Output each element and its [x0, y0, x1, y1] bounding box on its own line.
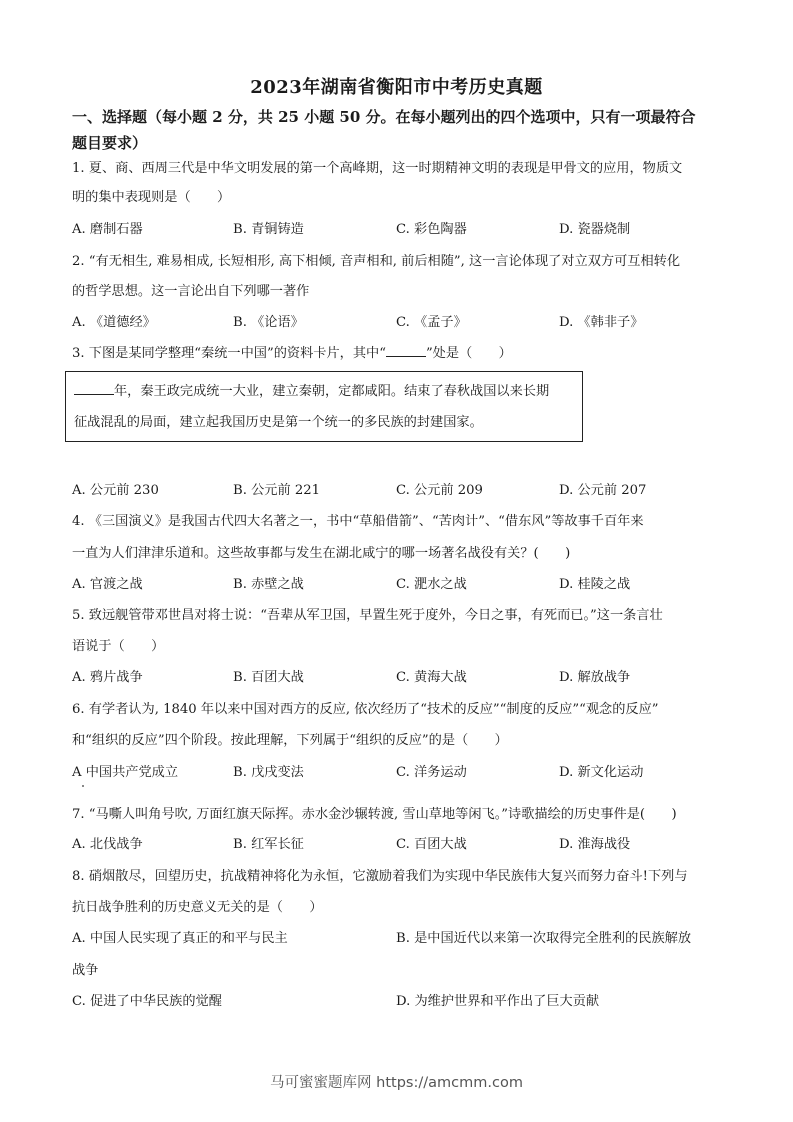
option-a: A. 官渡之战 [72, 576, 143, 594]
question-text: 语说于（ ） [72, 638, 732, 656]
option-d: D. 解放战争 [559, 669, 630, 687]
question-text: 的哲学思想。这一言论出自下列哪一著作 [72, 283, 732, 301]
option-d: D. 公元前 207 [559, 482, 646, 500]
option-a: A. 北伐战争 [72, 836, 143, 854]
card-line: 征战混乱的局面，建立起我国历史是第一个统一的多民族的封建国家。 [74, 414, 483, 432]
card-text: 年，秦王政完成统一大业，建立秦朝，定都咸阳。结束了春秋战国以来长期 [114, 384, 549, 399]
option-c: C. 彩色陶器 [396, 221, 467, 239]
question-text: 1. 夏、商、西周三代是中华文明发展的第一个高峰期，这一时期精神文明的表现是甲骨… [72, 160, 732, 178]
question-text: 3. 下图是某同学整理“秦统一中国”的资料卡片，其中“”处是（ ） [72, 345, 732, 363]
option-b: B. 戊戌变法 [233, 764, 304, 782]
option-d: D. 为维护世界和平作出了巨大贡献 [396, 993, 599, 1011]
card-blank [74, 383, 114, 395]
question-text-part: ”处是（ ） [426, 346, 512, 361]
section-heading-line: 题目要求） [72, 130, 732, 156]
option-c: C. 黄海大战 [396, 669, 467, 687]
exam-page: 2023年湖南省衡阳市中考历史真题 一、选择题（每小题 2 分，共 25 小题 … [0, 0, 793, 1122]
question-text: 和“组织的反应”四个阶段。按此理解，下列属于“组织的反应”的是（ ） [72, 732, 732, 750]
option-a: A. 中国人民实现了真正的和平与民主 [72, 930, 288, 948]
option-b: B. 赤壁之战 [233, 576, 304, 594]
info-card: 年，秦王政完成统一大业，建立秦朝，定都咸阳。结束了春秋战国以来长期 征战混乱的局… [65, 371, 583, 442]
question-text: 2. “有无相生, 难易相成, 长短相形, 高下相倾, 音声相和, 前后相随”,… [72, 253, 732, 271]
question-text: 4. 《三国演义》是我国古代四大名著之一，书中“草船借箭”、“苦肉计”、“借东风… [72, 513, 732, 531]
option-c: C. 百团大战 [396, 836, 467, 854]
option-b: B. 百团大战 [233, 669, 304, 687]
option-a: A. 《道德经》 [72, 314, 156, 332]
option-a: A. 公元前 230 [72, 482, 159, 500]
option-b: B. 公元前 221 [233, 482, 320, 500]
section-heading: 一、选择题（每小题 2 分，共 25 小题 50 分。在每小题列出的四个选项中，… [72, 104, 732, 156]
stray-mark [82, 785, 84, 787]
question-text: 6. 有学者认为, 1840 年以来中国对西方的反应, 依次经历了“技术的反应”… [72, 701, 732, 719]
option-a: A. 鸦片战争 [72, 669, 143, 687]
option-a: A 中国共产党成立 [72, 764, 178, 782]
question-text: 7. “马嘶人叫角号吹, 万面红旗天际挥。赤水金沙辗转渡, 雪山草地等闲飞。”诗… [72, 806, 732, 824]
option-c: C. 公元前 209 [396, 482, 483, 500]
option-c: C. 《孟子》 [396, 314, 467, 332]
card-line: 年，秦王政完成统一大业，建立秦朝，定都咸阳。结束了春秋战国以来长期 [74, 383, 549, 401]
option-b: B. 红军长征 [233, 836, 304, 854]
option-c: C. 淝水之战 [396, 576, 467, 594]
option-d: D. 《韩非子》 [559, 314, 643, 332]
question-text: 8. 硝烟散尽，回望历史，抗战精神将化为永恒，它激励着我们为实现中华民族伟大复兴… [72, 868, 732, 886]
option-d: D. 淮海战役 [559, 836, 630, 854]
option-d: D. 桂陵之战 [559, 576, 630, 594]
option-d: D. 新文化运动 [559, 764, 643, 782]
option-a: A. 磨制石器 [72, 221, 143, 239]
option-b: B. 《论语》 [233, 314, 304, 332]
answer-blank [386, 345, 426, 357]
question-text: 抗日战争胜利的历史意义无关的是（ ） [72, 899, 732, 917]
option-b: B. 是中国近代以来第一次取得完全胜利的民族解放 [396, 930, 691, 948]
option-d: D. 瓷器烧制 [559, 221, 630, 239]
option-c: C. 促进了中华民族的觉醒 [72, 993, 222, 1011]
question-text: 一直为人们津津乐道和。这些故事都与发生在湖北咸宁的哪一场著名战役有关？( ) [72, 545, 732, 563]
question-text-part: 3. 下图是某同学整理“秦统一中国”的资料卡片，其中“ [72, 346, 386, 361]
option-c: C. 洋务运动 [396, 764, 467, 782]
footer-watermark: 马可蜜蜜题库网 https://amcmm.com [0, 1071, 793, 1092]
option-b: B. 青铜铸造 [233, 221, 304, 239]
document-title: 2023年湖南省衡阳市中考历史真题 [0, 73, 793, 99]
option-b-continued: 战争 [72, 962, 98, 980]
question-text: 5. 致远舰管带邓世昌对将士说：“吾辈从军卫国，早置生死于度外，今日之事，有死而… [72, 607, 732, 625]
question-text: 明的集中表现则是（ ） [72, 189, 732, 207]
section-heading-line: 一、选择题（每小题 2 分，共 25 小题 50 分。在每小题列出的四个选项中，… [72, 104, 732, 130]
